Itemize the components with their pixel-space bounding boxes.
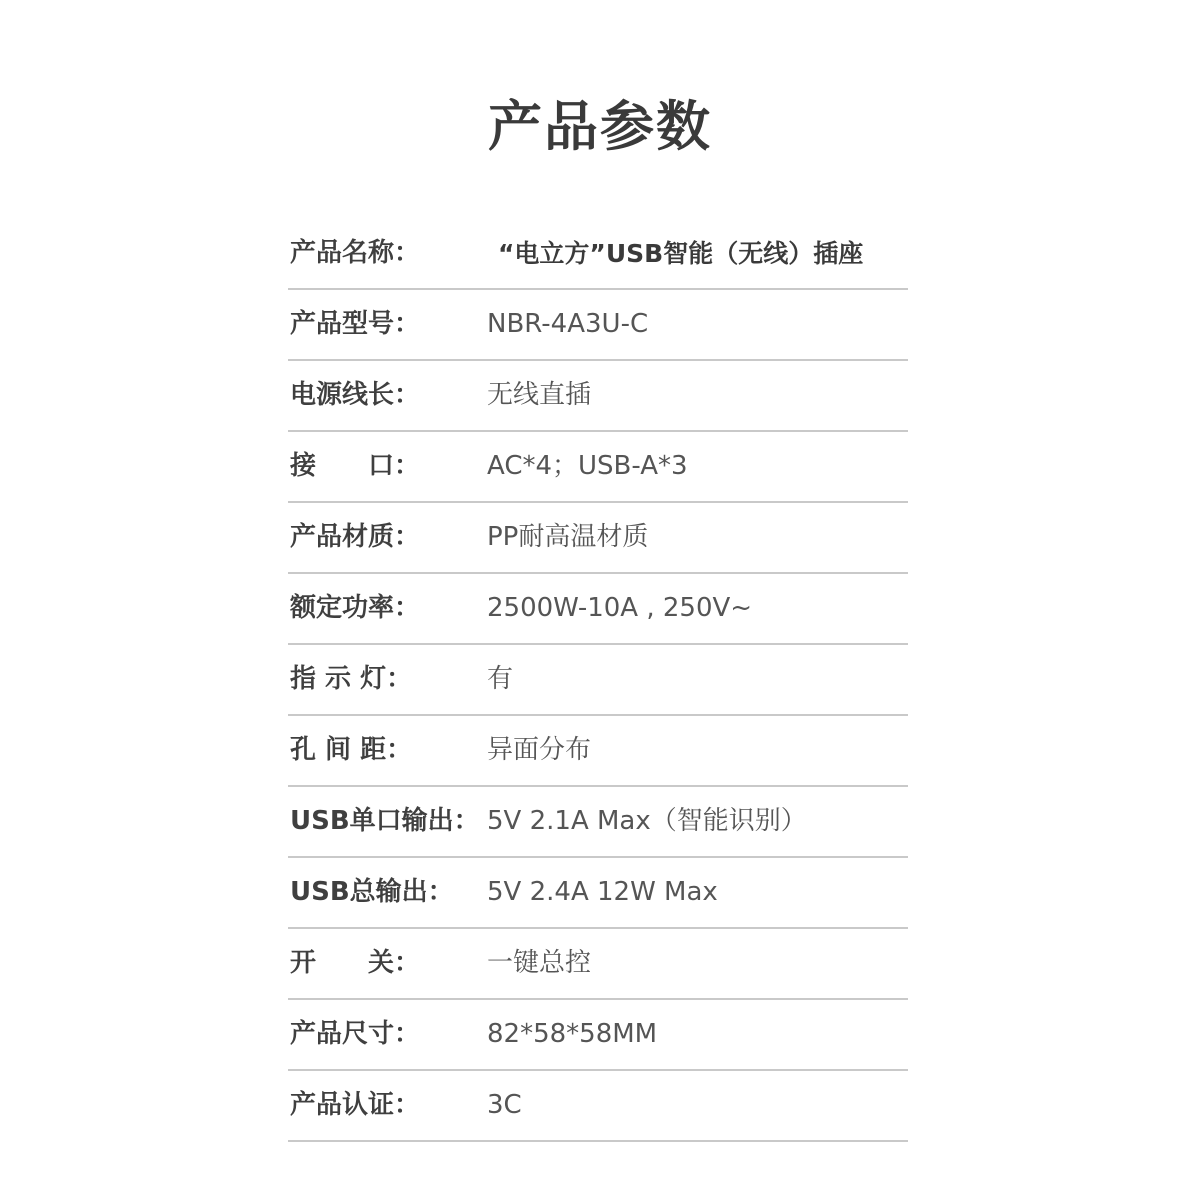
spec-label: 产品认证： bbox=[290, 1071, 420, 1140]
spec-row-usb-total: USB总输出： 5V 2.4A 12W Max bbox=[288, 858, 908, 929]
spec-value: “电立方”USB智能（无线）插座 bbox=[498, 219, 863, 288]
spec-label: 开 关： bbox=[290, 929, 420, 998]
spec-value: 3C bbox=[487, 1071, 522, 1140]
spec-value: 无线直插 bbox=[487, 361, 591, 430]
spec-row-usb-single: USB单口输出： 5V 2.1A Max（智能识别） bbox=[288, 787, 908, 858]
spec-row-cord: 电源线长： 无线直插 bbox=[288, 361, 908, 432]
spec-label: USB单口输出： bbox=[290, 787, 480, 856]
spec-row-power: 额定功率： 2500W-10A , 250V~ bbox=[288, 574, 908, 645]
spec-label: 电源线长： bbox=[290, 361, 420, 430]
spec-row-spacing: 孔 间 距： 异面分布 bbox=[288, 716, 908, 787]
spec-label: 接 口： bbox=[290, 432, 420, 501]
spec-row-name: 产品名称： “电立方”USB智能（无线）插座 bbox=[288, 219, 908, 290]
spec-label: 指 示 灯： bbox=[290, 645, 412, 714]
spec-value: 2500W-10A , 250V~ bbox=[487, 574, 752, 643]
page-title: 产品参数 bbox=[0, 92, 1200, 162]
spec-label: 产品型号： bbox=[290, 290, 420, 359]
spec-value: NBR-4A3U-C bbox=[487, 290, 648, 359]
spec-label: 产品材质： bbox=[290, 503, 420, 572]
spec-value: 82*58*58MM bbox=[487, 1000, 657, 1069]
spec-row-material: 产品材质： PP耐高温材质 bbox=[288, 503, 908, 574]
spec-row-ports: 接 口： AC*4；USB-A*3 bbox=[288, 432, 908, 503]
spec-value: 异面分布 bbox=[487, 716, 591, 785]
spec-row-model: 产品型号： NBR-4A3U-C bbox=[288, 290, 908, 361]
spec-label: USB总输出： bbox=[290, 858, 454, 927]
spec-table: 产品名称： “电立方”USB智能（无线）插座 产品型号： NBR-4A3U-C … bbox=[288, 219, 908, 1142]
spec-value: 有 bbox=[487, 645, 513, 714]
spec-label: 孔 间 距： bbox=[290, 716, 412, 785]
spec-label: 产品尺寸： bbox=[290, 1000, 420, 1069]
spec-value: PP耐高温材质 bbox=[487, 503, 648, 572]
spec-label: 产品名称： bbox=[290, 219, 420, 288]
spec-row-size: 产品尺寸： 82*58*58MM bbox=[288, 1000, 908, 1071]
spec-row-indicator: 指 示 灯： 有 bbox=[288, 645, 908, 716]
spec-value: 5V 2.4A 12W Max bbox=[487, 858, 718, 927]
spec-row-cert: 产品认证： 3C bbox=[288, 1071, 908, 1142]
spec-value: 一键总控 bbox=[487, 929, 591, 998]
spec-row-switch: 开 关： 一键总控 bbox=[288, 929, 908, 1000]
spec-value: AC*4；USB-A*3 bbox=[487, 432, 688, 501]
spec-label: 额定功率： bbox=[290, 574, 420, 643]
spec-value: 5V 2.1A Max（智能识别） bbox=[487, 787, 807, 856]
